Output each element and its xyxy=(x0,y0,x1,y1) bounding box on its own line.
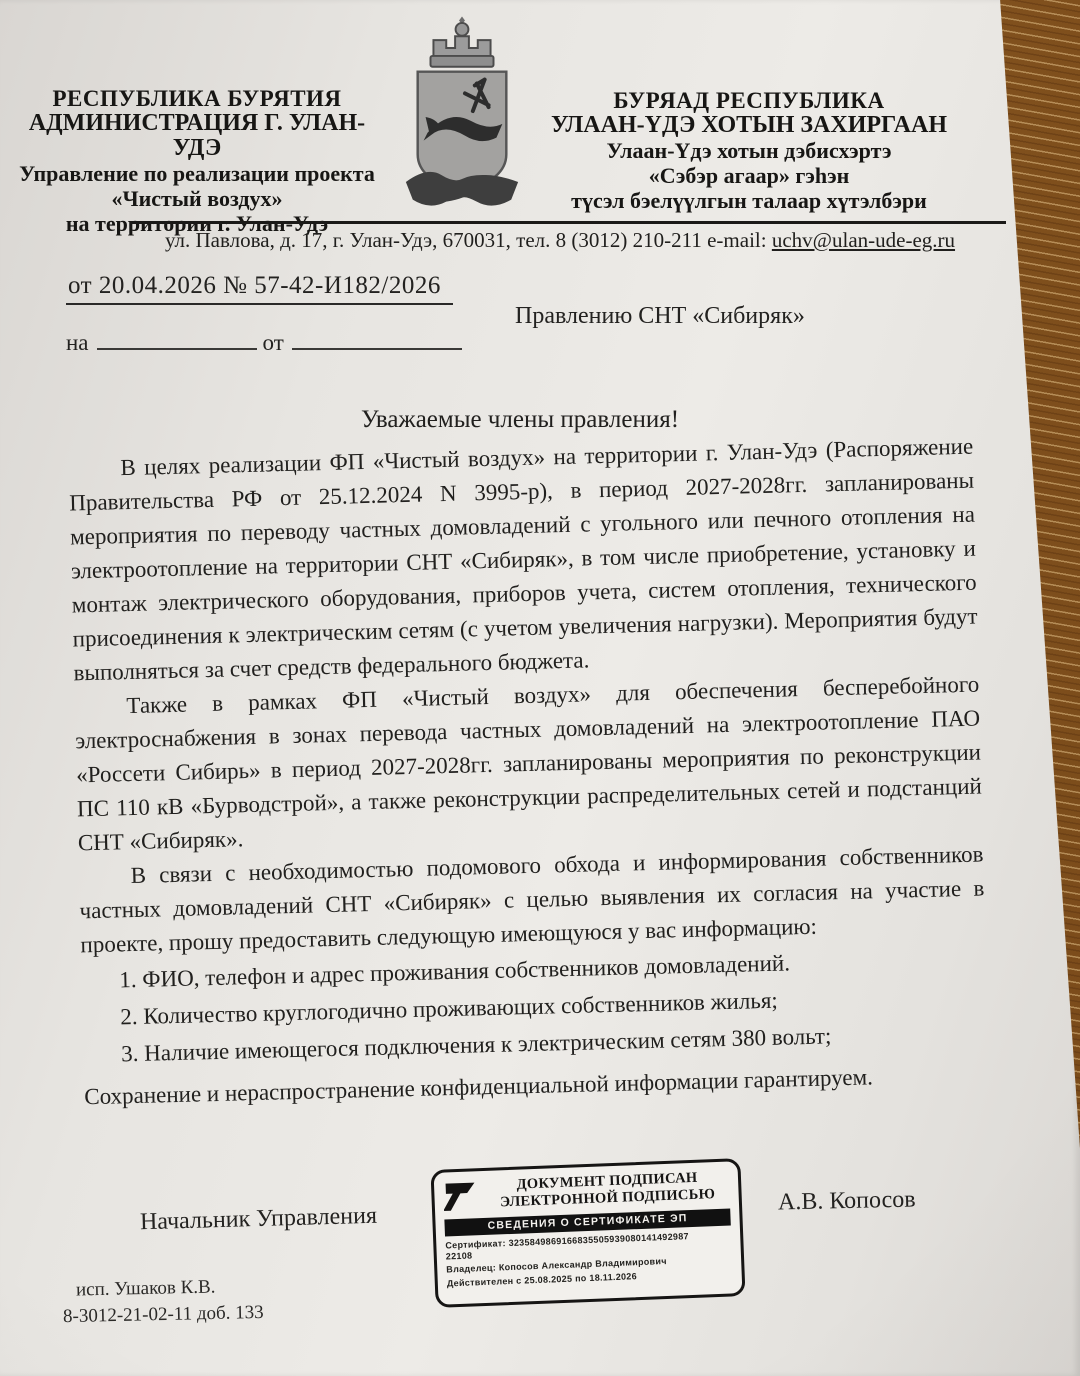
stamp-certificate-line2: 22108 xyxy=(446,1250,473,1261)
executor-phone: 8-3012-21-02-11 доб. 133 xyxy=(63,1302,264,1328)
outgoing-reference: от 20.04.2026 № 57-42-И182/2026 xyxy=(66,272,453,305)
letter-body: В целях реализации ФП «Чистый воздух» на… xyxy=(68,430,989,1115)
incoming-reference-blanks: наот xyxy=(66,330,462,356)
letterhead-left: РЕСПУБЛИКА БУРЯТИЯ АДМИНИСТРАЦИЯ Г. УЛАН… xyxy=(8,86,386,236)
letterhead-left-line4: «Чистый воздух» xyxy=(8,186,386,211)
contact-address: ул. Павлова, д. 17, г. Улан-Удэ, 670031,… xyxy=(165,228,772,252)
paragraph-2: Также в рамках ФП «Чистый воздух» для об… xyxy=(74,668,983,861)
paragraph-1: В целях реализации ФП «Чистый воздух» на… xyxy=(68,430,979,691)
email-link: uchv@ulan-ude-eg.ru xyxy=(772,228,955,252)
letterhead-divider xyxy=(130,221,1006,224)
greeting: Уважаемые члены правления! xyxy=(70,406,970,434)
letterhead-right-line1: БУРЯАД РЕСПУБЛИКА xyxy=(548,88,950,113)
letterhead-right-line5: түсэл бэелүүлгын талаар хүтэлбэри xyxy=(548,188,950,213)
photographed-letter: { "letterhead": { "left": { "line1": "РЕ… xyxy=(0,0,1080,1376)
letterhead-right-line2: УЛААН-ҮДЭ ХОТЫН ЗАХИРГААН xyxy=(548,113,950,138)
blank-date-field xyxy=(292,330,462,350)
letterhead-left-line3: Управление по реализации проекта xyxy=(8,161,386,186)
recipient: Правлению СНТ «Сибиряк» xyxy=(515,303,805,330)
na-label: на xyxy=(66,330,89,355)
letterhead-right-line3: Улаан-Үдэ хотын дэбисхэртэ xyxy=(548,138,950,163)
letterhead-left-line1: РЕСПУБЛИКА БУРЯТИЯ xyxy=(8,86,386,111)
certificate-authority-t-icon xyxy=(443,1177,478,1214)
signer-name: А.В. Копосов xyxy=(778,1187,916,1217)
blank-number-field xyxy=(97,330,257,350)
letterhead-right-line4: «Сэбэр агаар» гэһэн xyxy=(548,163,950,188)
electronic-signature-stamp: ДОКУМЕНТ ПОДПИСАН ЭЛЕКТРОННОЙ ПОДПИСЬЮ С… xyxy=(430,1158,745,1308)
ot-label: от xyxy=(263,330,284,355)
letterhead-left-line2: АДМИНИСТРАЦИЯ Г. УЛАН-УДЭ xyxy=(8,111,386,161)
contact-line: ул. Павлова, д. 17, г. Улан-Удэ, 670031,… xyxy=(120,228,1000,253)
coat-of-arms-icon xyxy=(398,16,526,214)
letterhead-right: БУРЯАД РЕСПУБЛИКА УЛААН-ҮДЭ ХОТЫН ЗАХИРГ… xyxy=(548,88,950,213)
executor-note: исп. Ушаков К.В. xyxy=(76,1277,216,1302)
